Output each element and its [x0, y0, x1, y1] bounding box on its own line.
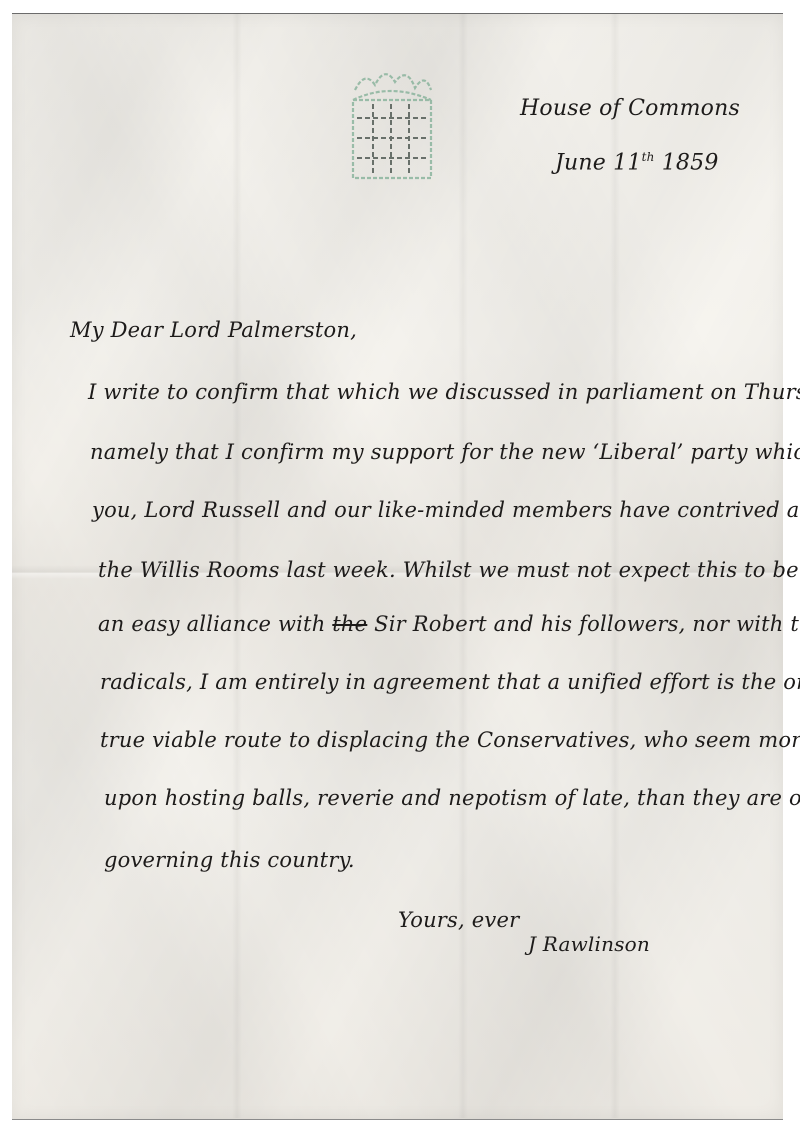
body-text: Sir Robert and his followers, nor with t…: [367, 612, 800, 636]
body-line: the Willis Rooms last week. Whilst we mu…: [98, 558, 799, 582]
body-line: upon hosting balls, reverie and nepotism…: [104, 786, 800, 810]
closing: Yours, ever: [398, 908, 519, 932]
body-line: radicals, I am entirely in agreement tha…: [100, 670, 800, 694]
salutation: My Dear Lord Palmerston,: [70, 318, 357, 342]
date-suffix: th: [642, 150, 655, 164]
body-line: an easy alliance with the Sir Robert and…: [98, 612, 800, 636]
body-line: I write to confirm that which we discuss…: [88, 380, 800, 404]
signature: J Rawlinson: [528, 932, 650, 956]
struck-text: the: [332, 612, 367, 636]
letterhead-location: House of Commons: [520, 96, 740, 121]
body-text: an easy alliance with: [98, 612, 332, 636]
body-line: true viable route to displacing the Cons…: [100, 728, 800, 752]
date-year: 1859: [662, 150, 719, 175]
letter-date: June 11th 1859: [555, 150, 719, 175]
portcullis-crown-icon: [335, 60, 445, 185]
body-line: governing this country.: [104, 848, 355, 872]
body-line: you, Lord Russell and our like-minded me…: [92, 498, 800, 522]
date-month-day: June 11: [555, 150, 642, 175]
body-line: namely that I confirm my support for the…: [90, 440, 800, 464]
